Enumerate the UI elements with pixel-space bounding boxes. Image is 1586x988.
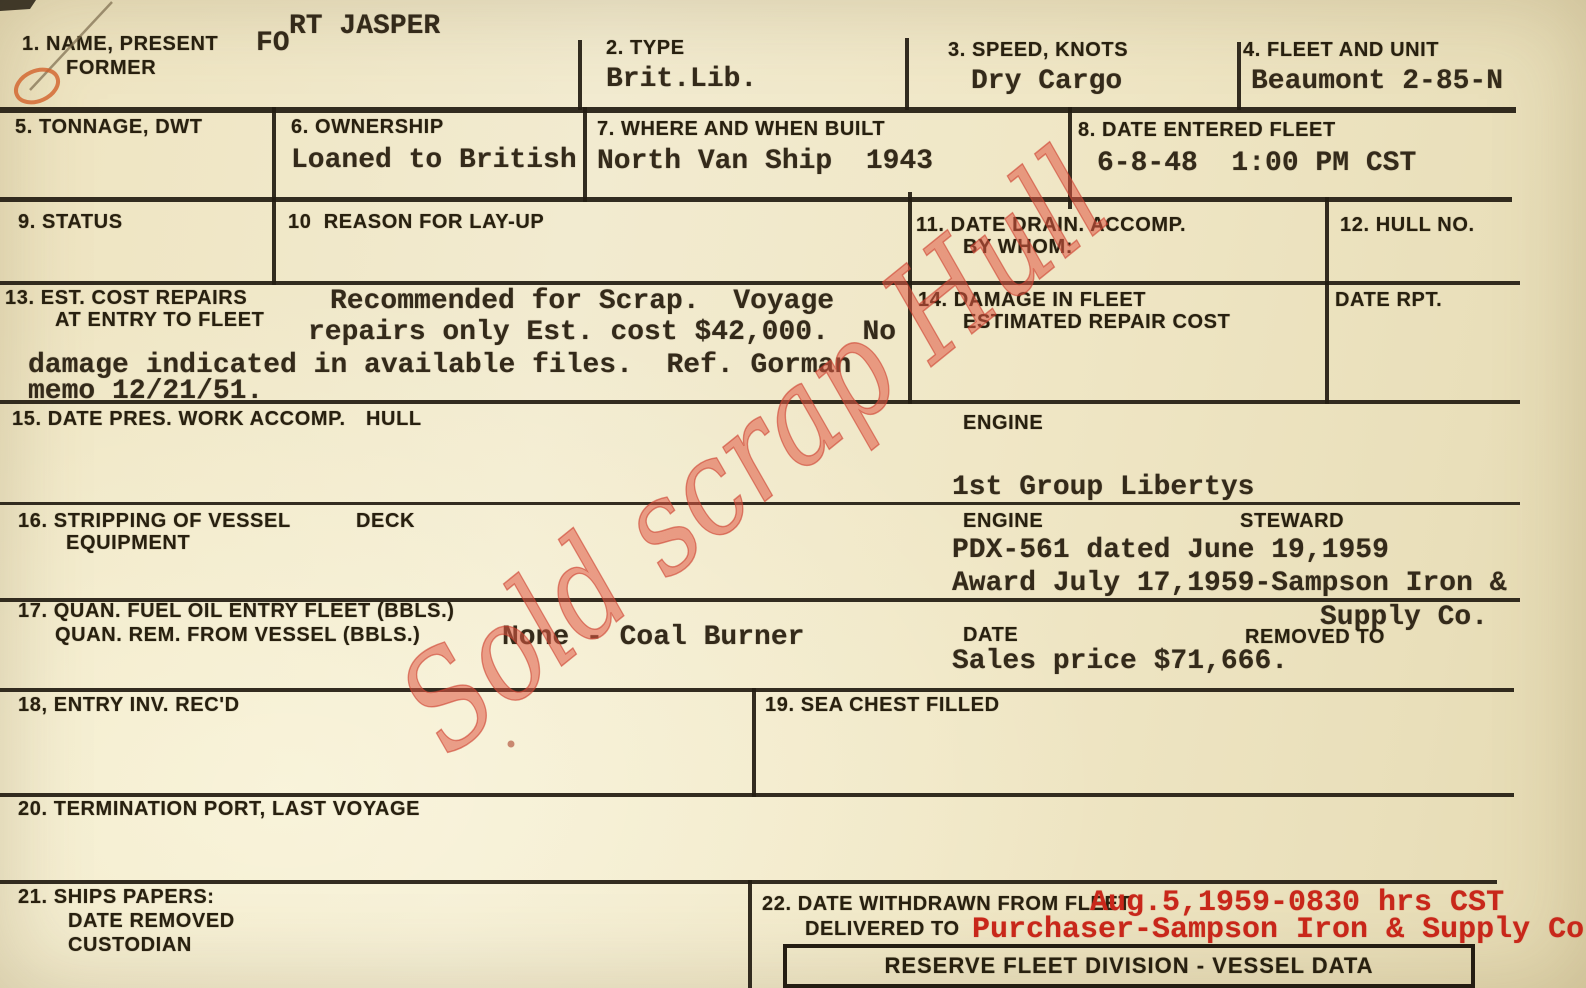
- field-2-label: 2. TYPE: [606, 37, 685, 60]
- grid-line: [1068, 107, 1072, 209]
- field-1-value-low: FO: [256, 28, 290, 59]
- orange-circle-mark: [11, 63, 63, 108]
- field-19-label: 19. SEA CHEST FILLED: [765, 694, 1000, 717]
- field-11-label-bywhom: BY WHOM:: [963, 236, 1073, 259]
- field-14-label: 14. DAMAGE IN FLEET: [918, 289, 1146, 312]
- grid-line: [1325, 281, 1329, 404]
- field-17-label-2: QUAN. REM. FROM VESSEL (BBLS.): [55, 624, 420, 647]
- field-2-value: Brit.Lib.: [606, 64, 757, 95]
- field-10-label: 10 REASON FOR LAY-UP: [288, 211, 544, 234]
- field-1-label-former: FORMER: [66, 57, 156, 80]
- field-21-date-removed-label: DATE REMOVED: [68, 910, 235, 933]
- grid-line: [752, 688, 756, 797]
- field-17-sales-value: Sales price $71,666.: [952, 646, 1288, 677]
- field-14-label-2: ESTIMATED REPAIR COST: [963, 311, 1230, 334]
- field-17-date-label: DATE: [963, 624, 1018, 647]
- vessel-data-card: 1. NAME, PRESENT FORMER FO RT JASPER 2. …: [0, 0, 1586, 988]
- field-13-text-line4: memo 12/21/51.: [28, 376, 263, 407]
- grid-line: [908, 281, 912, 404]
- field-20-label: 20. TERMINATION PORT, LAST VOYAGE: [18, 798, 420, 821]
- field-4-value: Beaumont 2-85-N: [1251, 66, 1503, 97]
- field-6-label: 6. OWNERSHIP: [291, 116, 444, 139]
- grid-line: [272, 197, 276, 285]
- field-12-label: 12. HULL NO.: [1340, 214, 1475, 237]
- field-17-value: None - Coal Burner: [502, 622, 804, 653]
- field-16-text-line1: PDX-561 dated June 19,1959: [952, 535, 1389, 566]
- field-1-label: 1. NAME, PRESENT: [22, 33, 218, 56]
- field-1-value-high: RT JASPER: [289, 11, 440, 42]
- field-15-engine-value: 1st Group Libertys: [952, 472, 1254, 503]
- field-15-hull-label: HULL: [366, 408, 422, 431]
- grid-line: [1237, 42, 1241, 110]
- field-17-label: 17. QUAN. FUEL OIL ENTRY FLEET (BBLS.): [18, 600, 455, 623]
- grid-line: [578, 40, 582, 110]
- field-14-date-rpt-label: DATE RPT.: [1335, 289, 1442, 312]
- field-21-label: 21. SHIPS PAPERS:: [18, 886, 215, 909]
- field-21-custodian-label: CUSTODIAN: [68, 934, 192, 957]
- footer-title: RESERVE FLEET DIVISION - VESSEL DATA: [884, 953, 1373, 979]
- field-7-value: North Van Ship 1943: [597, 146, 933, 177]
- field-11-label: 11. DATE DRAIN. ACCOMP.: [916, 214, 1186, 237]
- grid-line: [1325, 197, 1329, 285]
- grid-line: [272, 107, 276, 202]
- grid-line: [0, 281, 1520, 285]
- field-9-label: 9. STATUS: [18, 211, 123, 234]
- field-18-label: 18, ENTRY INV. REC'D: [18, 694, 240, 717]
- field-3-value: Dry Cargo: [971, 66, 1122, 97]
- grid-line: [908, 192, 912, 285]
- grid-line: [583, 107, 587, 202]
- field-16-steward-label: STEWARD: [1240, 510, 1344, 533]
- footer-title-box: RESERVE FLEET DIVISION - VESSEL DATA: [783, 944, 1475, 988]
- field-13-text-line2: repairs only Est. cost $42,000. No: [308, 317, 896, 348]
- field-16-label: 16. STRIPPING OF VESSEL: [18, 510, 291, 533]
- field-8-value: 6-8-48 1:00 PM CST: [1097, 148, 1416, 179]
- field-13-text-line1: Recommended for Scrap. Voyage: [330, 286, 834, 317]
- grid-line: [905, 38, 909, 110]
- grid-line: [0, 502, 1520, 505]
- field-16-deck-label: DECK: [356, 510, 415, 533]
- field-13-label-2: AT ENTRY TO FLEET: [55, 309, 264, 332]
- field-22-delivered-to-value: Purchaser-Sampson Iron & Supply Co.: [972, 913, 1586, 947]
- red-pencil-dot: [508, 741, 515, 748]
- field-5-label: 5. TONNAGE, DWT: [15, 116, 203, 139]
- field-15-engine-label: ENGINE: [963, 412, 1043, 435]
- field-22-delivered-to-label: DELIVERED TO: [805, 918, 960, 941]
- field-4-label: 4. FLEET AND UNIT: [1243, 39, 1439, 62]
- grid-line: [748, 880, 752, 988]
- corner-smudge: [0, 0, 36, 11]
- field-16-label-2: EQUIPMENT: [66, 532, 190, 555]
- grid-line: [0, 197, 1512, 202]
- field-3-label: 3. SPEED, KNOTS: [948, 39, 1128, 62]
- grid-line: [0, 793, 1514, 797]
- grid-line: [0, 107, 1516, 113]
- field-16-text-line2: Award July 17,1959-Sampson Iron &: [952, 568, 1507, 599]
- field-8-label: 8. DATE ENTERED FLEET: [1078, 119, 1336, 142]
- grid-line: [0, 688, 1514, 692]
- field-16-engine-label: ENGINE: [963, 510, 1043, 533]
- field-7-label: 7. WHERE AND WHEN BUILT: [597, 118, 885, 141]
- field-6-value: Loaned to British: [291, 145, 577, 176]
- field-13-label: 13. EST. COST REPAIRS: [5, 287, 247, 310]
- field-15-label: 15. DATE PRES. WORK ACCOMP.: [12, 408, 346, 431]
